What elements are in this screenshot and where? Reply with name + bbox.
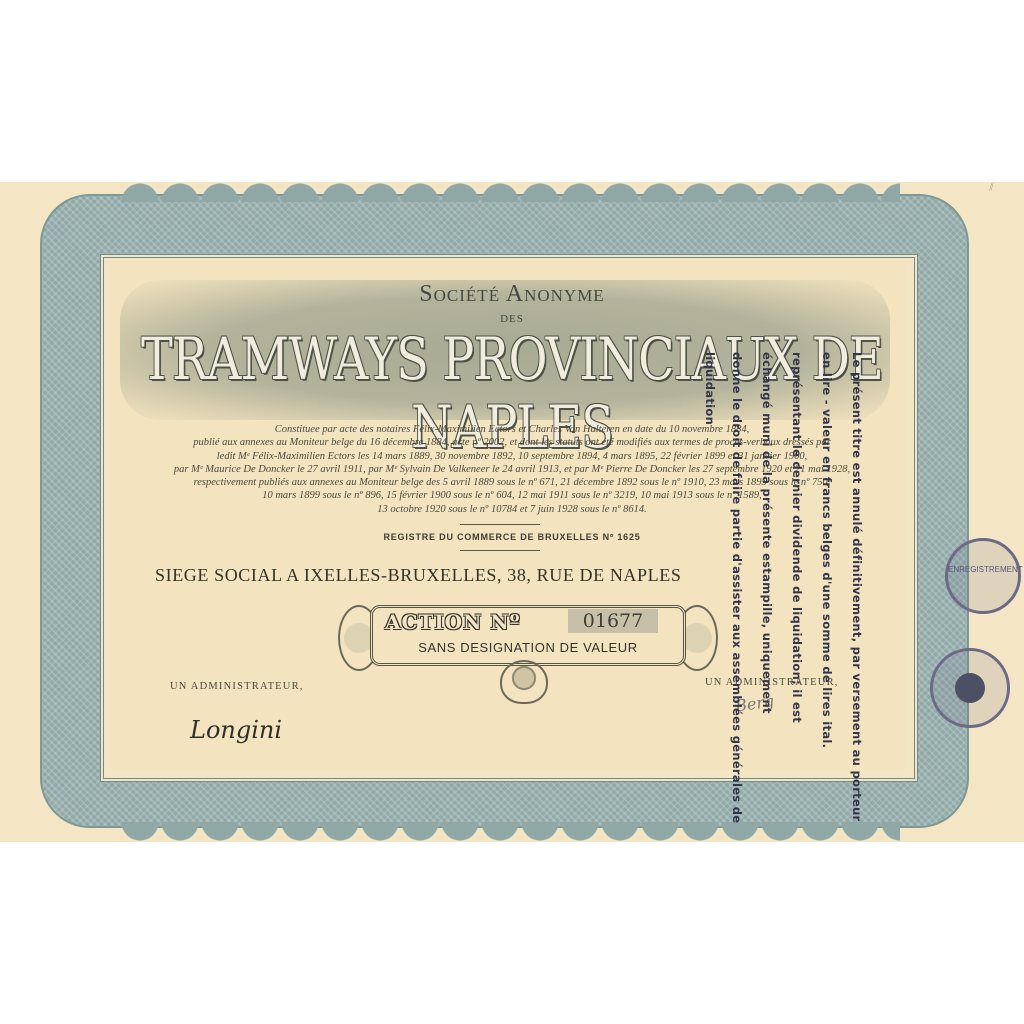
scalloped-border-top [120, 180, 900, 202]
cancellation-stamp-line: Le présent titre est annulé définitiveme… [850, 352, 864, 822]
decree-line: Constituee par acte des notaires Félix-M… [160, 423, 864, 436]
cancellation-stamp-line: représentant le dernier dividende de liq… [790, 352, 804, 723]
seal-text: ENREGISTREMENT [948, 565, 1018, 574]
signature-left: Longini [190, 716, 282, 744]
decree-line: respectivement publiés aux annexes au Mo… [160, 476, 864, 489]
signatory-title-left: UN ADMINISTRATEUR, [170, 681, 304, 692]
decree-line: par Mᵉ Maurice De Doncker le 27 avril 19… [160, 463, 864, 476]
commerce-registry: REGISTRE DU COMMERCE DE BRUXELLES Nº 162… [0, 532, 1024, 542]
seal-core [955, 673, 985, 703]
acanthus-leaf-ornament [500, 660, 548, 704]
decree-line: 10 mars 1899 sous le nº 896, 15 février … [160, 489, 864, 502]
cancellation-stamp-line: en lire - valeur en francs belges d'une … [820, 352, 834, 748]
divider-rule [460, 524, 540, 525]
registration-seal: ENREGISTREMENT [945, 538, 1021, 614]
no-par-value-note: SANS DESIGNATION DE VALEUR [370, 640, 686, 655]
decree-line: 13 octobre 1920 sous le nº 10784 et 7 ju… [160, 503, 864, 516]
company-form: Société Anonyme [0, 281, 1024, 308]
cancellation-stamp-line: donne le droit de faire partie d'assiste… [730, 352, 744, 823]
scalloped-border-bottom [120, 822, 900, 844]
divider-rule [460, 550, 540, 551]
title-connector: DES [0, 313, 1024, 325]
action-label: ACTION Nº [385, 610, 521, 634]
decree-line: publié aux annexes au Moniteur belge du … [160, 436, 864, 449]
cancellation-stamp-line: échangé muni de la présente estampille, … [760, 352, 774, 714]
incorporation-decree: Constituee par acte des notaires Félix-M… [160, 423, 864, 516]
head-office-address: SIEGE SOCIAL A IXELLES-BRUXELLES, 38, RU… [155, 565, 681, 586]
cancellation-stamp-line: liquidation [703, 352, 717, 425]
tax-stamp-seal [930, 648, 1010, 728]
share-number: 01677 [568, 609, 658, 633]
decree-line: ledit Mᵉ Félix-Maximilien Ectors les 14 … [160, 450, 864, 463]
